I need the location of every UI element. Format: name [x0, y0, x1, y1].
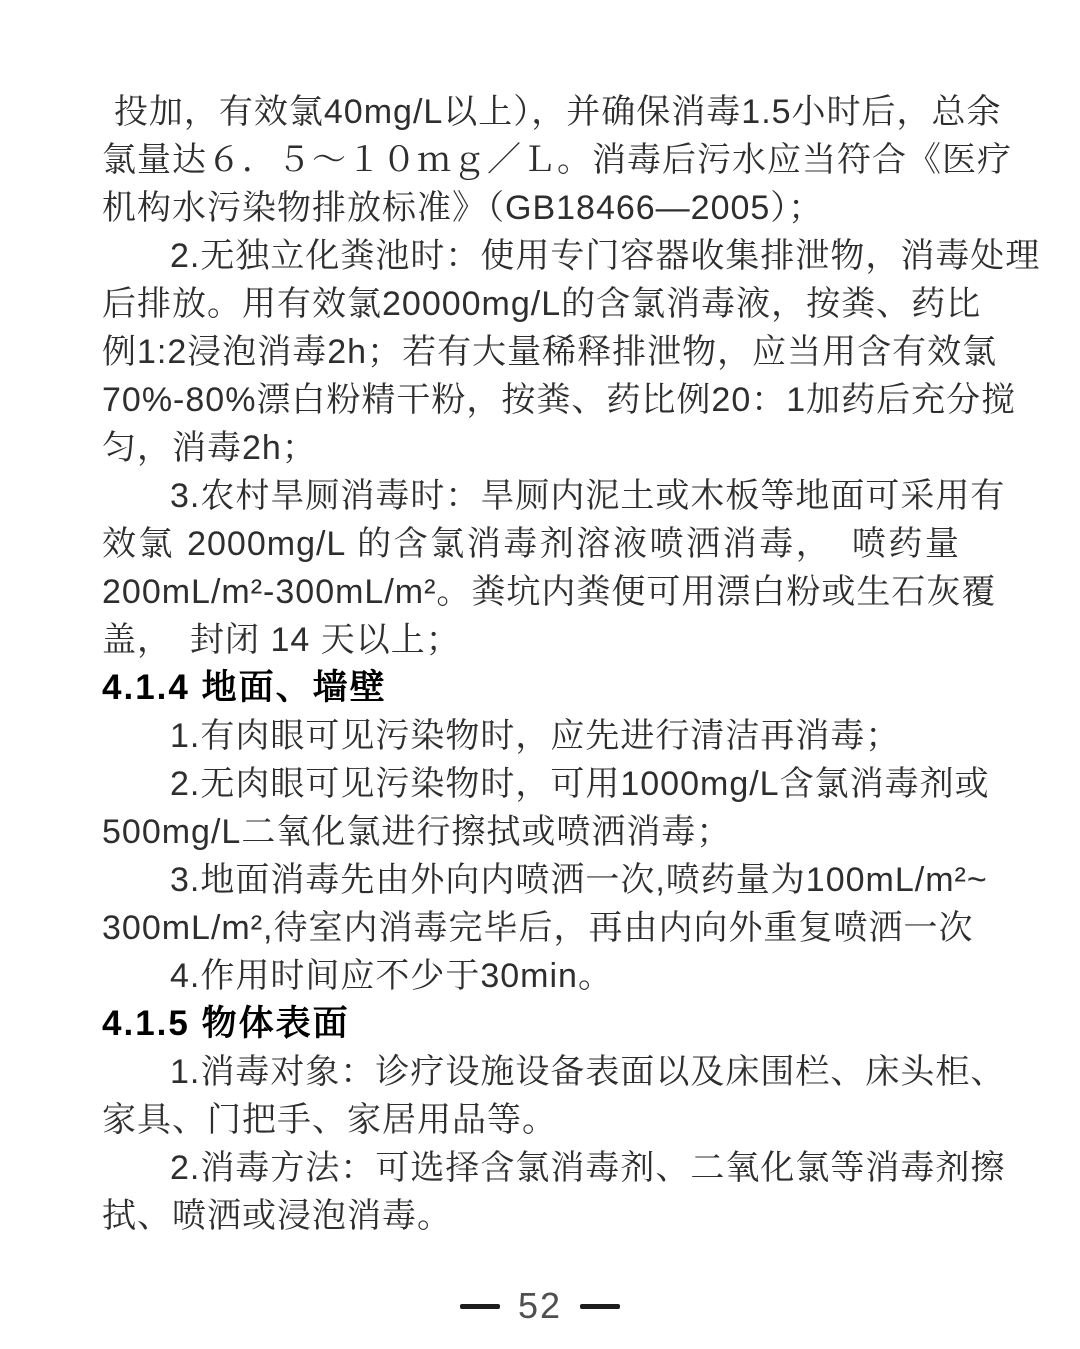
text-line: 拭、喷洒或浸泡消毒。: [102, 1192, 960, 1240]
text-line: 1.有肉眼可见污染物时，应先进行清洁再消毒；: [102, 712, 960, 760]
text-line: 500mg/L二氧化氯进行擦拭或喷洒消毒；: [102, 808, 960, 856]
text-line: 家具、门把手、家居用品等。: [102, 1096, 960, 1144]
page-number: 52: [518, 1288, 562, 1324]
text-line: 1.消毒对象：诊疗设施设备表面以及床围栏、床头柜、: [102, 1048, 960, 1096]
text-line: 例1:2浸泡消毒2h；若有大量稀释排泄物，应当用含有效氯: [102, 328, 960, 376]
text-line: 300mL/m²,待室内消毒完毕后，再由内向外重复喷洒一次: [102, 904, 960, 952]
document-body: 投加，有效氯40mg/L以上），并确保消毒1.5小时后，总余 氯量达６．５～１０…: [102, 88, 960, 1240]
text-line: 3.农村旱厕消毒时：旱厕内泥土或木板等地面可采用有: [102, 472, 960, 520]
document-page: 投加，有效氯40mg/L以上），并确保消毒1.5小时后，总余 氯量达６．５～１０…: [0, 0, 1080, 1349]
text-line: 匀，消毒2h；: [102, 424, 960, 472]
footer-dash-right: [580, 1304, 620, 1309]
footer-dash-left: [460, 1304, 500, 1309]
text-line: 2.无独立化粪池时：使用专门容器收集排泄物，消毒处理: [102, 232, 960, 280]
text-line: 盖， 封闭 14 天以上；: [102, 616, 960, 664]
text-line: 氯量达６．５～１０ｍｇ／Ｌ。消毒后污水应当符合《医疗: [102, 136, 960, 184]
page-footer: 52: [0, 1288, 1080, 1324]
text-line: 投加，有效氯40mg/L以上），并确保消毒1.5小时后，总余: [102, 88, 960, 136]
text-line: 后排放。用有效氯20000mg/L的含氯消毒液，按粪、药比: [102, 280, 960, 328]
text-line: 70%-80%漂白粉精干粉，按粪、药比例20：1加药后充分搅: [102, 376, 960, 424]
text-line: 2.消毒方法：可选择含氯消毒剂、二氧化氯等消毒剂擦: [102, 1144, 960, 1192]
text-line: 机构水污染物排放标准》（GB18466—2005）；: [102, 184, 960, 232]
text-line: 4.作用时间应不少于30min。: [102, 952, 960, 1000]
text-line: 200mL/m²-300mL/m²。粪坑内粪便可用漂白粉或生石灰覆: [102, 568, 960, 616]
text-line: 2.无肉眼可见污染物时，可用1000mg/L含氯消毒剂或: [102, 760, 960, 808]
text-line: 3.地面消毒先由外向内喷洒一次,喷药量为100mL/m²~: [102, 856, 960, 904]
section-heading-4-1-5: 4.1.5 物体表面: [102, 1000, 960, 1048]
text-line: 效氯 2000mg/L 的含氯消毒剂溶液喷洒消毒， 喷药量: [102, 520, 960, 568]
section-heading-4-1-4: 4.1.4 地面、墙壁: [102, 664, 960, 712]
